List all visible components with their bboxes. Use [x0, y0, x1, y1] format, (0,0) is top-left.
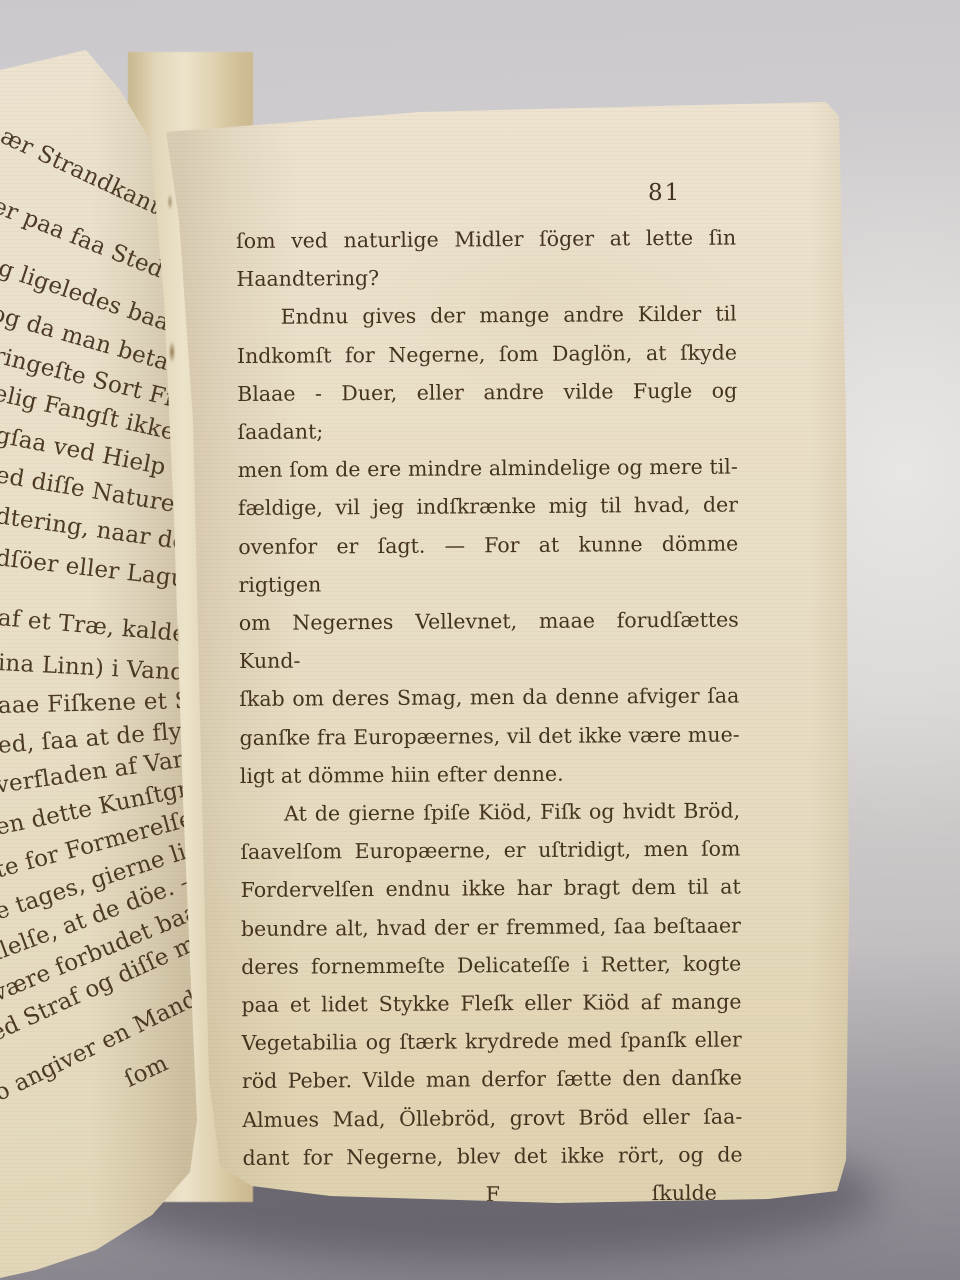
text-line: fældige, vil jeg indſkrænke mig til hvad…: [238, 486, 738, 528]
text-line: ſom: [121, 1050, 173, 1092]
text-line: af et Træ, kaldet,: [0, 605, 204, 649]
right-page-text: ſom ved naturlige Midler ſöger at lette …: [236, 219, 743, 1216]
text-line: Indkomſt for Negerne, ſom Daglön, at ſky…: [237, 333, 737, 375]
text-line: ſkab om deres Smag, men da denne afviger…: [239, 677, 739, 719]
text-line: Haandtering?: [236, 257, 736, 299]
text-line: ſom ved naturlige Midler ſöger at lette …: [236, 219, 736, 261]
text-line: men ſom de ere mindre almindelige og mer…: [238, 448, 738, 490]
text-line: Blaae - Duer, eller andre vilde Fugle og…: [237, 371, 738, 451]
text-line: paa et lidet Stykke Fleſk eller Kiöd af …: [241, 983, 741, 1025]
text-line: Fordervelſen endnu ikke har bragt dem ti…: [241, 868, 741, 910]
text-line: deres fornemmeſte Delicateſſe i Retter, …: [241, 944, 741, 986]
text-line: At de gierne ſpiſe Kiöd, Fiſk og hvidt B…: [240, 792, 740, 834]
text-line: ligt at dömme hiin efter denne.: [240, 753, 740, 795]
text-line: ganſke fra Europæernes, vil det ikke vær…: [239, 715, 739, 757]
text-line: dant for Negerne, blev det ikke rört, og…: [242, 1135, 742, 1177]
text-line: beundre alt, hvad der er fremmed, ſaa be…: [241, 906, 741, 948]
text-line: Almues Mad, Öllebröd, grovt Bröd eller ſ…: [242, 1097, 742, 1139]
text-line: o angiver en Mand,: [0, 982, 209, 1106]
text-line: Endnu gives der mange andre Kilder til: [237, 295, 737, 337]
text-line: om Negernes Vellevnet, maae forudſættes …: [239, 601, 740, 681]
text-line: ſaavelſom Europæerne, er uſtridigt, men …: [240, 830, 740, 872]
text-line: ovenfor er ſagt. — For at kunne dömme ri…: [238, 524, 739, 604]
page-number: 81: [648, 180, 681, 206]
text-line: röd Peber. Vilde man derfor ſætte den da…: [242, 1059, 742, 1101]
text-line: Vegetabilia og ſtærk krydrede med ſpanſk…: [242, 1021, 742, 1063]
